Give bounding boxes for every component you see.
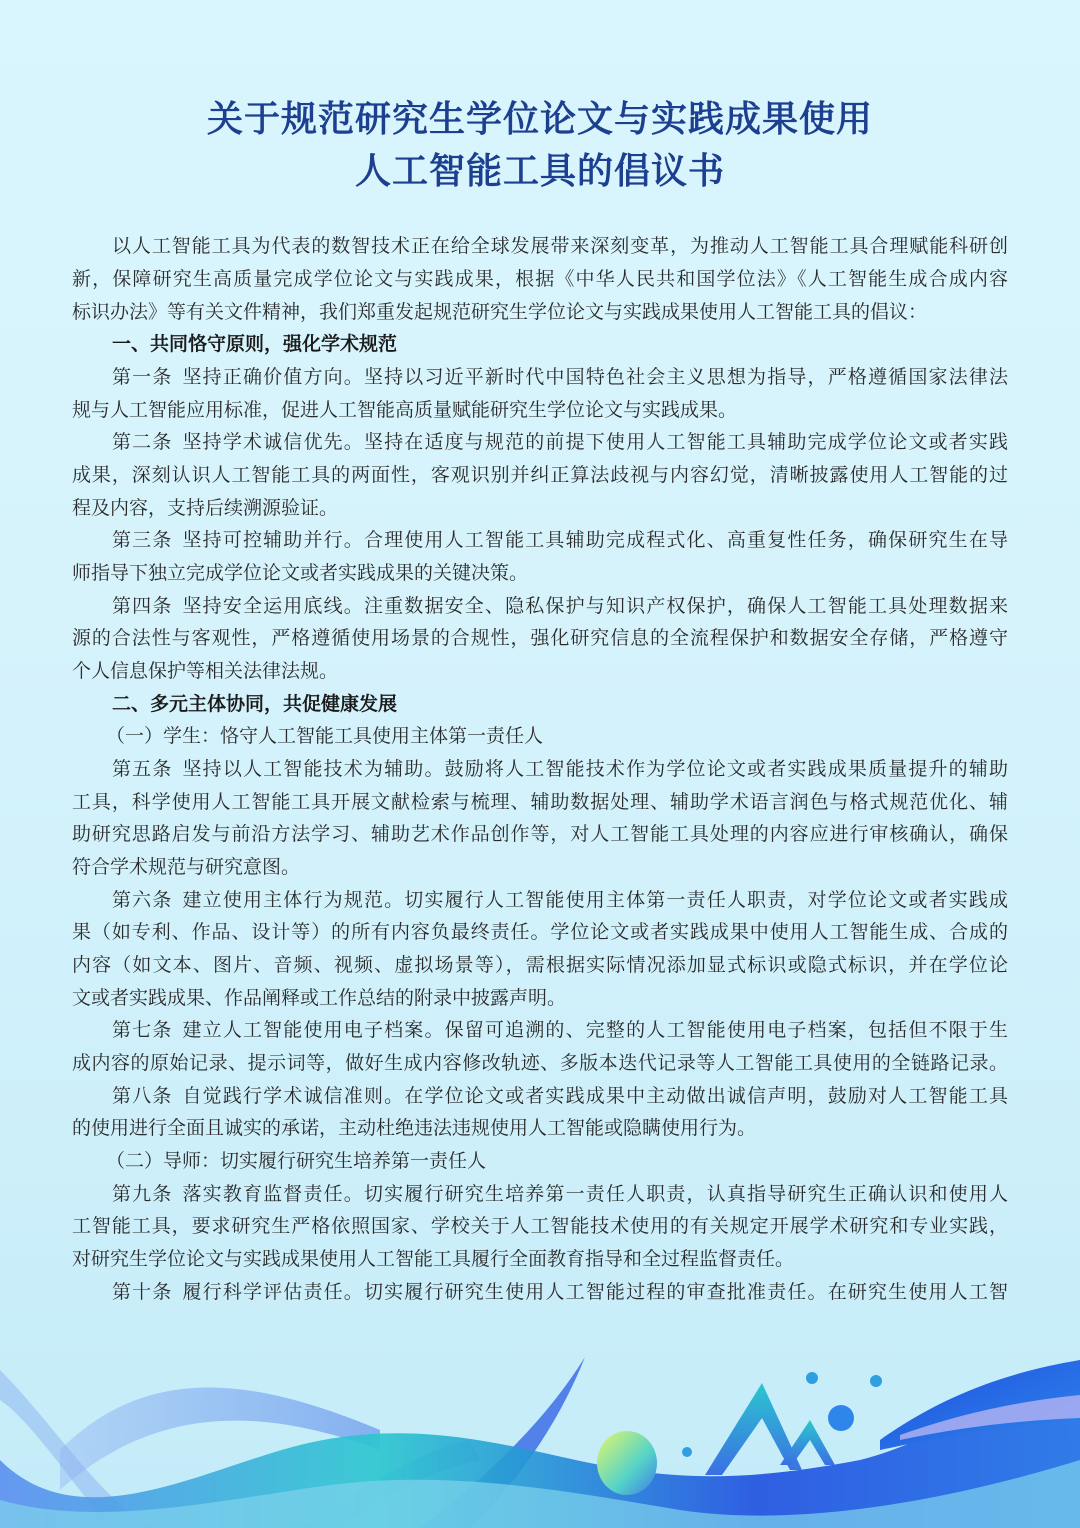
article-line: 规与人工智能应用标准，促进人工智能高质量赋能研究生学位论文与实践成果。 [72, 394, 1008, 426]
article-line: 第七条建立人工智能使用电子档案。保留可追溯的、完整的人工智能使用电子档案，包括但… [112, 1014, 1008, 1046]
article-line: 助研究思路启发与前沿方法学习、辅助艺术作品创作等，对人工智能工具处理的内容应进行… [72, 818, 1008, 850]
article-line: 程及内容，支持后续溯源验证。 [72, 492, 1008, 524]
article-label: 第五条 [112, 758, 173, 780]
article-line: 师指导下独立完成学位论文或者实践成果的关键决策。 [72, 557, 1008, 589]
article-label: 第八条 [112, 1085, 173, 1107]
article-line: 第九条落实教育监督责任。切实履行研究生培养第一责任人职责，认真指导研究生正确认识… [112, 1178, 1008, 1210]
article-label: 第一条 [112, 366, 173, 388]
article-line: 第三条坚持可控辅助并行。合理使用人工智能工具辅助完成程式化、高重复性任务，确保研… [112, 524, 1008, 556]
subsection-heading: （一）学生：恪守人工智能工具使用主体第一责任人 [106, 720, 1008, 752]
section-heading: 一、共同恪守原则，强化学术规范 [112, 328, 1008, 360]
article-line: 第四条坚持安全运用底线。注重数据安全、隐私保护与知识产权保护，确保人工智能工具处… [112, 590, 1008, 622]
article-line: 果（如专利、作品、设计等）的所有内容负最终责任。学位论文或者实践成果中使用人工智… [72, 916, 1008, 948]
article-line: 第八条自觉践行学术诚信准则。在学位论文或者实践成果中主动做出诚信声明，鼓励对人工… [112, 1080, 1008, 1112]
article-line: 符合学术规范与研究意图。 [72, 851, 1008, 883]
article-line: 对研究生学位论文与实践成果使用人工智能工具履行全面教育指导和全过程监督责任。 [72, 1243, 1008, 1275]
subsection-heading: （二）导师：切实履行研究生培养第一责任人 [106, 1145, 1008, 1177]
article-line: 内容（如文本、图片、音频、视频、虚拟场景等），需根据实际情况添加显式标识或隐式标… [72, 949, 1008, 981]
section-heading: 二、多元主体协同，共促健康发展 [112, 688, 1008, 720]
intro-line: 新，保障研究生高质量完成学位论文与实践成果，根据《中华人民共和国学位法》《人工智… [72, 263, 1008, 295]
intro-line: 以人工智能工具为代表的数智技术正在给全球发展带来深刻变革，为推动人工智能工具合理… [112, 230, 1008, 262]
article-label: 第六条 [112, 889, 173, 911]
article-line: 工智能工具，要求研究生严格依照国家、学校关于人工智能技术使用的有关规定开展学术研… [72, 1210, 1008, 1242]
article-label: 第九条 [112, 1183, 173, 1205]
article-label: 第二条 [112, 431, 173, 453]
article-line: 第五条坚持以人工智能技术为辅助。鼓励将人工智能技术作为学位论文或者实践成果质量提… [112, 753, 1008, 785]
article-label: 第四条 [112, 595, 173, 617]
article-line: 第六条建立使用主体行为规范。切实履行人工智能使用主体第一责任人职责，对学位论文或… [112, 884, 1008, 916]
article-label: 第七条 [112, 1019, 173, 1041]
article-line: 工具，科学使用人工智能工具开展文献检索与梳理、辅助数据处理、辅助学术语言润色与格… [72, 786, 1008, 818]
article-line: 的使用进行全面且诚实的承诺，主动杜绝违法违规使用人工智能或隐瞒使用行为。 [72, 1112, 1008, 1144]
document-title-line-2: 人工智能工具的倡议书 [0, 146, 1080, 198]
article-line: 成内容的原始记录、提示词等，做好生成内容修改轨迹、多版本迭代记录等人工智能工具使… [72, 1047, 1008, 1079]
article-line: 第二条坚持学术诚信优先。坚持在适度与规范的前提下使用人工智能工具辅助完成学位论文… [112, 426, 1008, 458]
decorative-wave-footer [0, 1300, 1080, 1528]
intro-line: 标识办法》等有关文件精神，我们郑重发起规范研究生学位论文与实践成果使用人工智能工… [72, 296, 1008, 328]
article-line: 个人信息保护等相关法律法规。 [72, 655, 1008, 687]
article-line: 源的合法性与客观性，严格遵循使用场景的合规性，强化研究信息的全流程保护和数据安全… [72, 622, 1008, 654]
article-line: 第一条坚持正确价值方向。坚持以习近平新时代中国特色社会主义思想为指导，严格遵循国… [112, 361, 1008, 393]
article-line: 成果，深刻认识人工智能工具的两面性，客观识别并纠正算法歧视与内容幻觉，清晰披露使… [72, 459, 1008, 491]
article-line: 文或者实践成果、作品阐释或工作总结的附录中披露声明。 [72, 982, 1008, 1014]
document-title-line-1: 关于规范研究生学位论文与实践成果使用 [0, 94, 1080, 146]
article-label: 第三条 [112, 529, 173, 551]
proposal-document: 关于规范研究生学位论文与实践成果使用 人工智能工具的倡议书 以人工智能工具为代表… [0, 0, 1080, 1528]
